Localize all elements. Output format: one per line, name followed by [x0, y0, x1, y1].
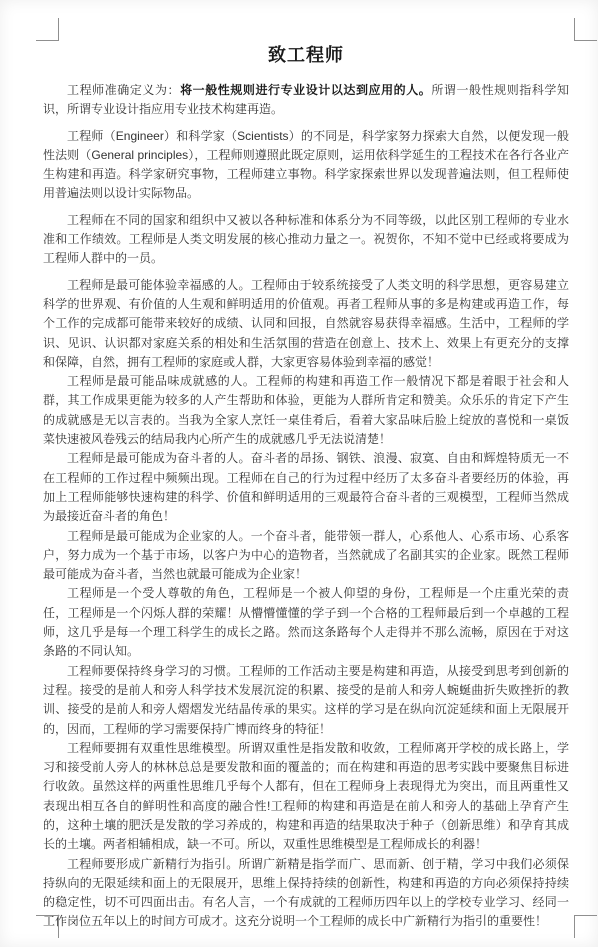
text-boundary-mark-bottom-left: [36, 915, 59, 938]
paragraph-striver: 工程师是最可能成为奋斗者的人。奋斗者的昂扬、钢铁、浪漫、寂寞、自由和辉煌特质无一…: [43, 449, 569, 526]
paragraph-happiness: 工程师是最可能体验幸福感的人。工程师由于较系统接受了人类文明的科学思想，更容易建…: [43, 276, 569, 372]
paragraph-definition: 工程师准确定义为：将一般性规则进行专业设计以达到应用的人。所谓一般性规则指科学知…: [43, 81, 569, 120]
paragraph-honor-and-growth-path: 工程师是一个受人尊敬的角色，工程师是一个被人仰望的身份，工程师是一个庄重光荣的责…: [43, 584, 569, 661]
text-boundary-mark-top-right: [574, 18, 597, 41]
document-title: 致工程师: [43, 41, 569, 67]
definition-bold-text: 将一般性规则进行专业设计以达到应用的人。: [180, 83, 431, 97]
paragraph-entrepreneur: 工程师是最可能成为企业家的人。一个奋斗者，能带领一群人，心系他人、心系市场、心系…: [43, 527, 569, 585]
paragraph-guang-xin-jing-guideline: 工程师要形成广新精行为指引。所谓广新精是指学而广、思而新、创于精，学习中我们必须…: [43, 855, 569, 932]
document-content: 致工程师 工程师准确定义为：将一般性规则进行专业设计以达到应用的人。所谓一般性规…: [0, 0, 598, 932]
definition-prefix-text: 工程师准确定义为：: [67, 83, 180, 97]
paragraph-dual-thinking-model: 工程师要拥有双重性思维模型。所谓双重性是指发散和收敛，工程师离开学校的成长路上，…: [43, 739, 569, 855]
paragraph-lifelong-learning: 工程师要保持终身学习的习惯。工程师的工作活动主要是构建和再造，从接受到思考到创新…: [43, 662, 569, 739]
text-boundary-mark-bottom-right: [574, 915, 597, 938]
document-page: 致工程师 工程师准确定义为：将一般性规则进行专业设计以达到应用的人。所谓一般性规…: [0, 0, 598, 947]
paragraph-engineer-vs-scientist: 工程师（Engineer）和科学家（Scientists）的不同是，科学家努力探…: [43, 127, 569, 204]
paragraph-grades-and-congratulation: 工程师在不同的国家和组织中又被以各种标准和体系分为不同等级，以此区别工程师的专业…: [43, 211, 569, 269]
paragraph-achievement: 工程师是最可能品味成就感的人。工程师的构建和再造工作一般情况下都是着眼于社会和人…: [43, 372, 569, 449]
text-boundary-mark-top-left: [36, 18, 59, 41]
